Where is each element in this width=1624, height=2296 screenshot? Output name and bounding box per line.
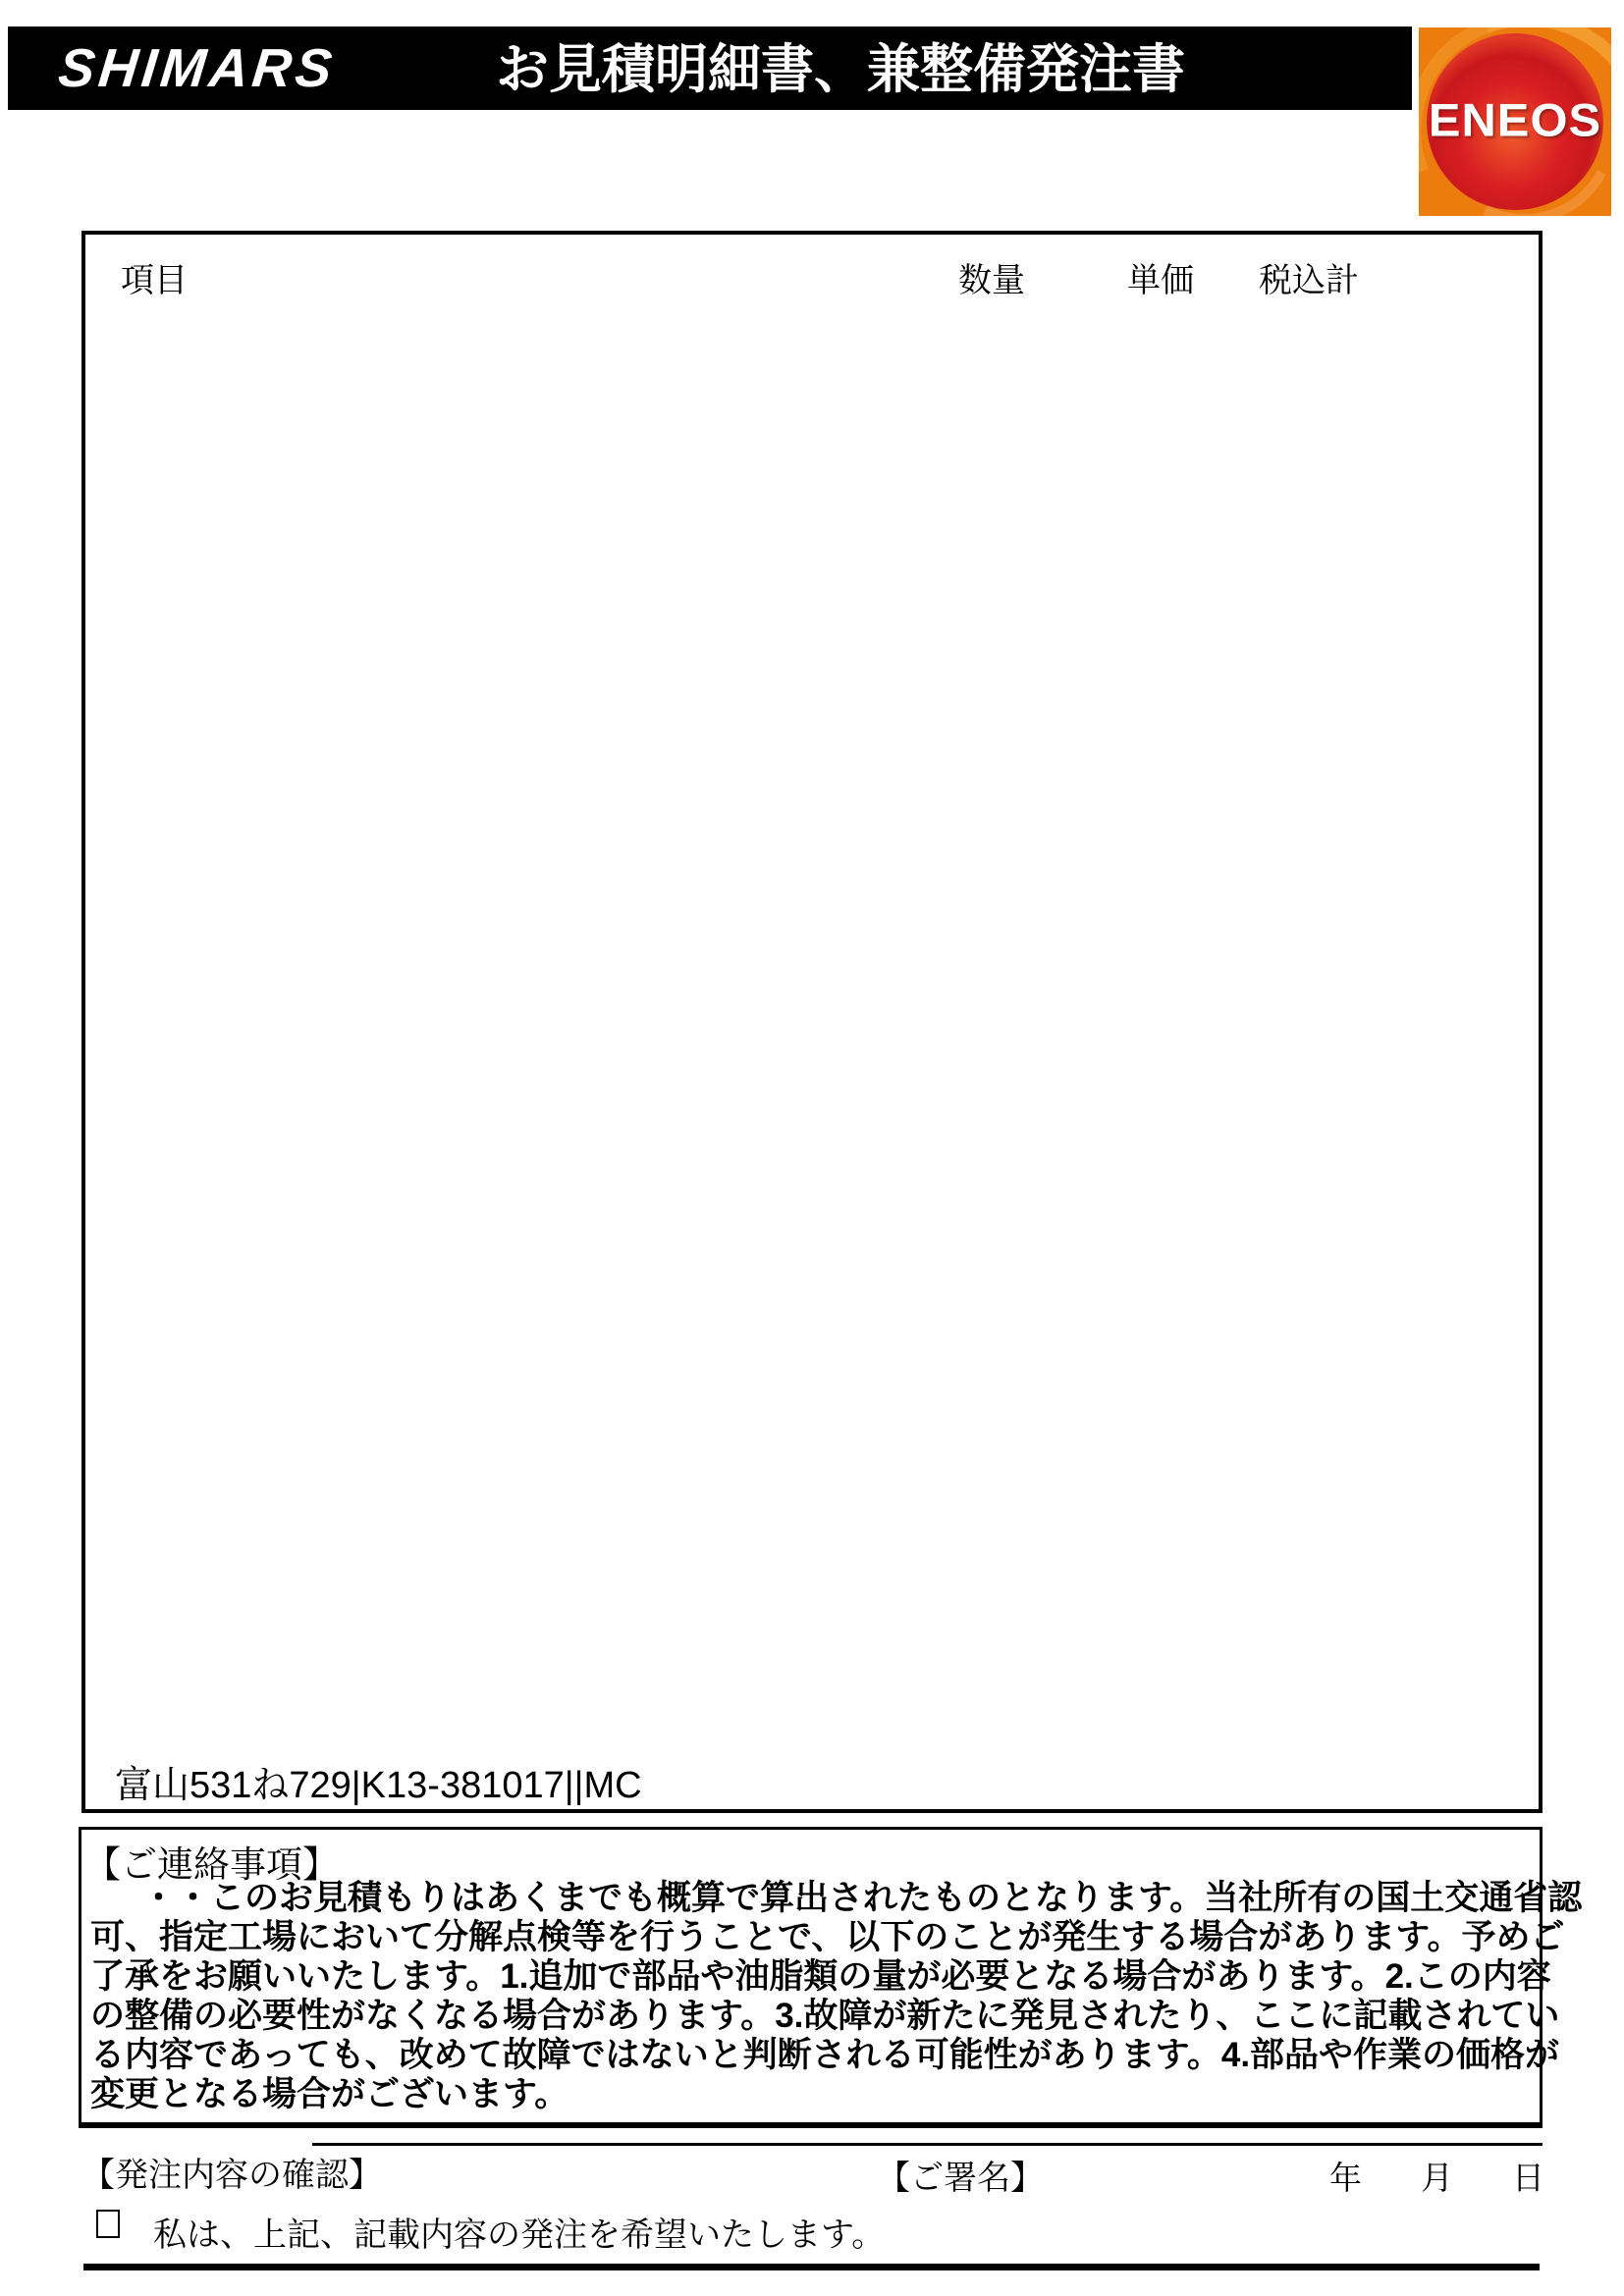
notice-body: ・・このお見積もりはあくまでも概算で算出されたものとなります。当社所有の国土交通… bbox=[90, 1879, 1624, 2114]
column-header-quantity: 数量 bbox=[958, 253, 1025, 301]
signature-label: 【ご署名】 bbox=[877, 2151, 1044, 2199]
vehicle-reference: 富山531ね729|K13-381017||MC bbox=[115, 1754, 642, 1808]
bottom-rule bbox=[83, 2264, 1540, 2270]
column-header-tax-total: 税込計 bbox=[1259, 253, 1359, 301]
column-header-unit-price: 単価 bbox=[1127, 253, 1194, 301]
notice-line: 了承をお願いいたします。1.追加で部品や油脂類の量が必要となる場合があります。2… bbox=[90, 1957, 1624, 1997]
notice-line: 変更となる場合がございます。 bbox=[90, 2075, 1624, 2114]
date-month-label: 月 bbox=[1421, 2153, 1453, 2199]
confirmation-divider-line bbox=[312, 2143, 1543, 2146]
order-confirmation-checkbox[interactable] bbox=[96, 2210, 120, 2238]
eneos-logo-text: ENEOS bbox=[1419, 92, 1611, 146]
notice-line: 可、指定工場において分解点検等を行うことで、以下のことが発生する場合があります。… bbox=[90, 1918, 1624, 1957]
notice-section: 【ご連絡事項】 ・・このお見積もりはあくまでも概算で算出されたものとなります。当… bbox=[79, 1827, 1543, 2128]
page-title: お見積明細書、兼整備発注書 bbox=[496, 27, 1185, 110]
column-header-item: 項目 bbox=[121, 253, 188, 301]
date-day-label: 日 bbox=[1512, 2153, 1544, 2199]
notice-line: ・・このお見積もりはあくまでも概算で算出されたものとなります。当社所有の国土交通… bbox=[90, 1879, 1624, 1918]
date-year-label: 年 bbox=[1329, 2153, 1362, 2199]
shimars-logo: SHIMARS bbox=[55, 27, 341, 110]
eneos-logo: ENEOS bbox=[1419, 27, 1611, 216]
header-bar: SHIMARS お見積明細書、兼整備発注書 bbox=[8, 27, 1412, 110]
estimate-order-form-page: SHIMARS お見積明細書、兼整備発注書 ENEOS 項目 数量 単価 税込計… bbox=[0, 0, 1624, 2296]
notice-line: る内容であっても、改めて故障ではないと判断される可能性があります。4.部品や作業… bbox=[90, 2036, 1624, 2075]
estimate-table: 項目 数量 単価 税込計 富山531ね729|K13-381017||MC bbox=[81, 231, 1543, 1813]
notice-line: の整備の必要性がなくなる場合があります。3.故障が新たに発見されたり、ここに記載… bbox=[90, 1997, 1624, 2036]
order-confirmation-checkbox-label: 私は、上記、記載内容の発注を希望いたします。 bbox=[153, 2208, 885, 2256]
order-confirmation-heading: 【発注内容の確認】 bbox=[81, 2148, 382, 2196]
